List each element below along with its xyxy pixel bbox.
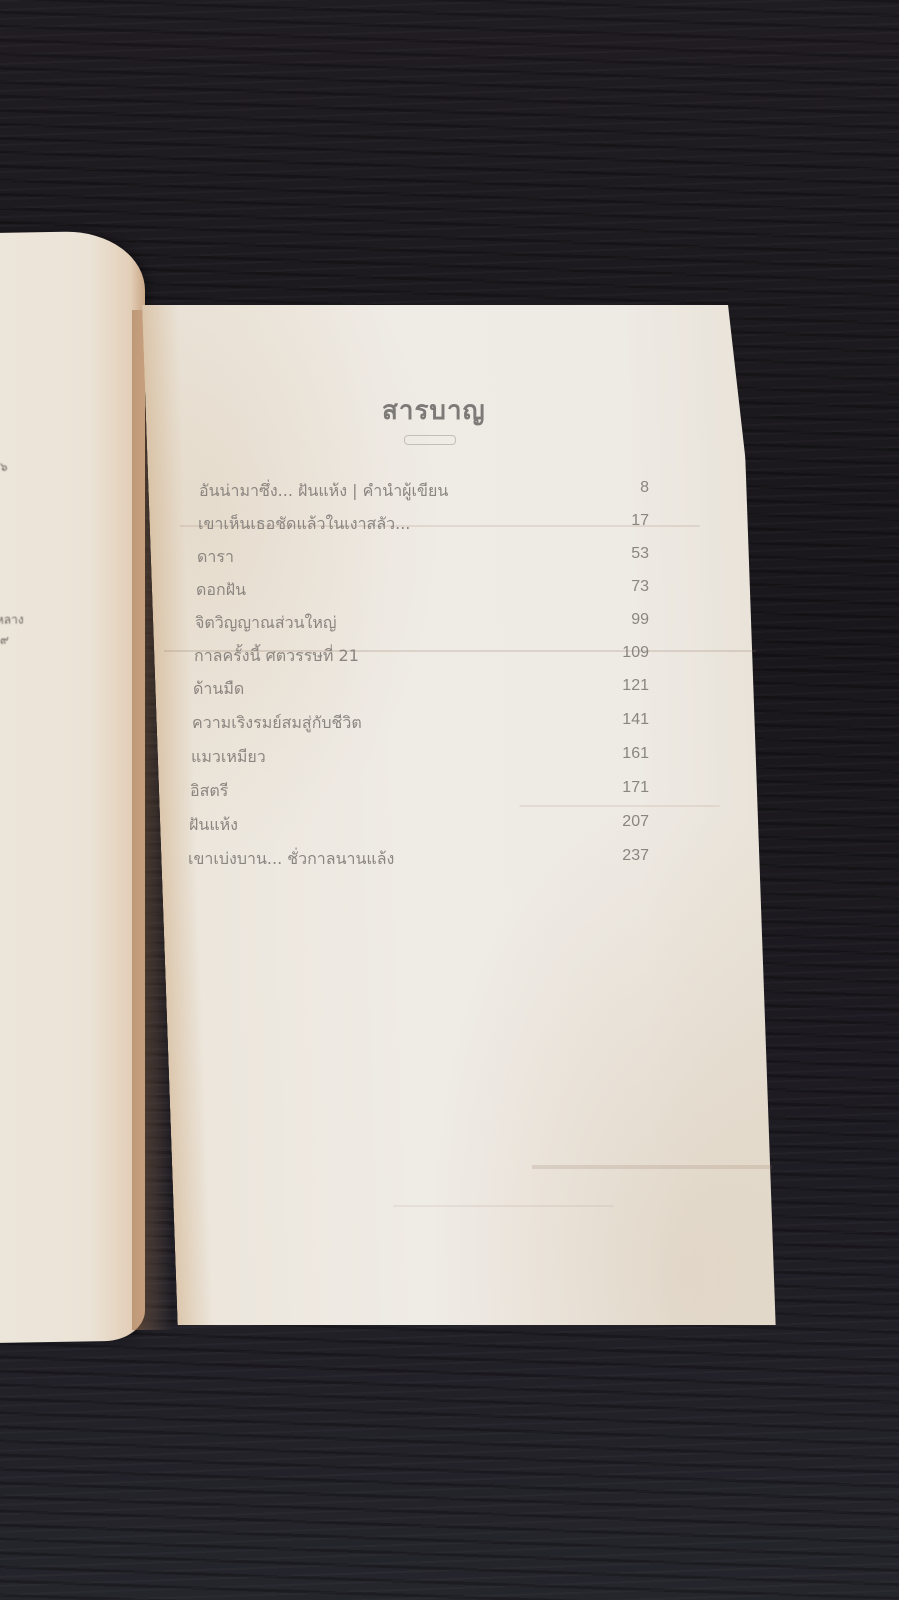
toc-entry: กาลครั้งนี้ ศตวรรษที่ 21 109 [194,644,664,674]
left-page-fragment: ๖ [0,458,8,477]
toc-entry-title: เขาเบ่งบาน... ชั่วกาลนานแล้ง [188,847,394,872]
toc-entry: เขาเห็นเธอชัดแล้วในเงาสลัว... 17 [198,512,668,542]
toc-entry-page: 8 [599,479,649,497]
toc-entry-title: อิสตรี [190,779,228,804]
toc-entry: เขาเบ่งบาน... ชั่วกาลนานแล้ง 237 [188,847,658,877]
toc-entry-page: 53 [599,545,649,563]
toc-entry: ดารา 53 [197,545,667,575]
toc-entry-title: จิตวิญญาณส่วนใหญ่ [195,611,337,636]
toc-entry-page: 109 [599,644,649,662]
toc-entry-page: 99 [599,611,649,629]
toc-entry: ด้านมืด 121 [193,677,663,707]
toc-entry-title: ดารา [197,545,234,570]
toc-entry: ฝันแห้ง 207 [189,813,659,843]
toc-entry-title: ฝันแห้ง [189,813,238,838]
toc-entry-title: อันน่ามาซึ่ง... ฝันแห้ง | คำนำผู้เขียน [199,479,448,504]
left-page-fragment: งหลาง [0,611,24,631]
toc-entry: อันน่ามาซึ่ง... ฝันแห้ง | คำนำผู้เขียน 8 [199,479,669,509]
toc-entry-title: ดอกฝัน [196,578,246,603]
toc-entry-title: ด้านมืด [193,677,244,702]
left-page-fragment: ๙ [0,631,9,650]
table-of-contents: สารบาญ อันน่ามาซึ่ง... ฝันแห้ง | คำนำผู้… [142,305,740,1325]
toc-entry: ดอกฝัน 73 [196,578,666,608]
toc-entry: จิตวิญญาณส่วนใหญ่ 99 [195,611,665,641]
toc-entry: อิสตรี 171 [190,779,660,809]
toc-entry-title: ความเริงรมย์สมสู่กับชีวิต [192,711,362,736]
toc-entry-page: 237 [599,847,649,865]
toc-entry-page: 73 [599,578,649,596]
right-page: สารบาญ อันน่ามาซึ่ง... ฝันแห้ง | คำนำผู้… [142,305,776,1325]
toc-entry: ความเริงรมย์สมสู่กับชีวิต 141 [192,711,662,741]
toc-entry-page: 141 [599,711,649,729]
left-page: ๖ งหลาง ๙ [0,230,145,1343]
toc-entry-page: 121 [599,677,649,695]
toc-entry-page: 171 [599,779,649,797]
toc-title-ornament [404,435,456,445]
toc-entry-page: 161 [599,745,649,763]
toc-entry: แมวเหมียว 161 [191,745,661,775]
toc-entry-title: แมวเหมียว [191,745,266,770]
toc-entry-page: 207 [599,813,649,831]
toc-entry-page: 17 [599,512,649,530]
toc-entry-title: เขาเห็นเธอชัดแล้วในเงาสลัว... [198,512,410,537]
toc-title: สารบาญ [382,390,486,431]
toc-entry-title: กาลครั้งนี้ ศตวรรษที่ 21 [194,644,359,669]
